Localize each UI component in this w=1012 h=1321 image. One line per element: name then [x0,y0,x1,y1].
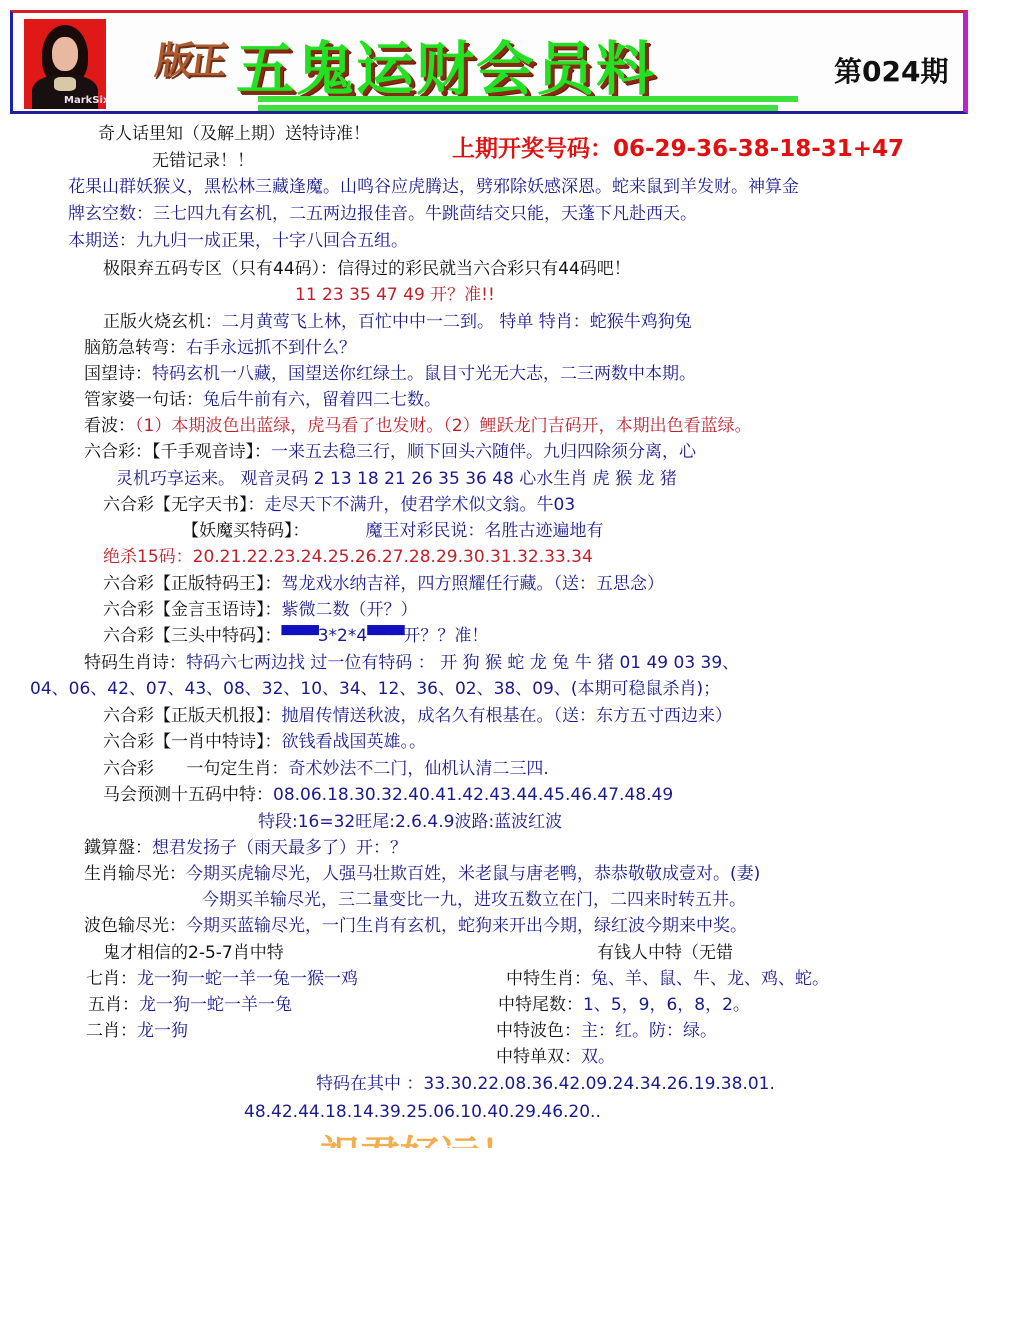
value: 兔、羊、鼠、牛、龙、鸡、蛇。 [591,969,829,989]
photo-collar [54,77,76,91]
value: 魔王对彩民说：名胜古迹遍地有 [366,521,604,541]
section-zodiac-poem: 特码生肖诗：特码六七两边找 过一位有特码 ： 开 狗 猴 蛇 龙 兔 牛 猪 0… [84,652,739,674]
title-underline [258,96,798,102]
section-zodiac-lose: 生肖输尽光：今期买虎输尽光，人强马壮欺百姓，米老鼠与唐老鸭，恭恭敬敬成壹对。(妻… [84,863,760,885]
label: 国望诗： [84,364,152,384]
value: 右手永远抓不到什么？ [186,338,356,358]
page-title: 五鬼运财会员料 [236,22,656,106]
label: 六合彩【正版特码王】： [103,574,282,594]
label: 看波： [84,416,135,436]
value: 特码玄机一八藏，国望送你红绿土。鼠目寸光无大志，二三两数中本期。 [152,364,696,384]
special-line-2: 48.42.44.18.14.39.25.06.10.40.29.46.20.. [244,1101,601,1123]
section-wave-lose: 波色输尽光：今期买蓝输尽光，一门生肖有玄机，蛇狗来开出今期，绿红波今期来中奖。 [84,915,747,937]
last-draw-label: 上期开奖号码： [452,136,613,162]
label: 二肖： [86,1021,137,1041]
value: 今期买虎输尽光，人强马壮欺百姓，米老鼠与唐老鸭，恭恭敬敬成壹对。(妻) [186,864,760,884]
left-box-row-five: 五肖：龙一狗一蛇一羊一兔 [88,994,292,1016]
photo-logo: MarkSix [64,95,106,106]
last-draw: 上期开奖号码：06-29-36-38-18-31+47 [452,130,904,163]
value: 特码六七两边找 过一位有特码 ： 开 狗 猴 蛇 龙 兔 牛 猪 01 49 0… [186,653,739,673]
label: 鐵算盤： [84,838,152,858]
section-guowang-poem: 国望诗：特码玄机一八藏，国望送你红绿土。鼠目寸光无大志，二三两数中本期。 [84,363,696,385]
label: 中特尾数： [498,995,583,1015]
section-housekeeper: 管家婆一句话：兔后牛前有六，留着四二七数。 [84,389,441,411]
value: 主：红。防：绿。 [581,1021,717,1041]
value: 紫微二数（开？） [282,600,418,620]
value: 龙一狗 [137,1021,188,1041]
value: 二月黄莺飞上林，百忙中中一二到。 特单 特肖：蛇猴牛鸡狗兔 [222,312,692,332]
label: 正版火烧玄机： [103,312,222,332]
label: 【妖魔买特码】： [182,521,310,541]
value: 想君发扬子（雨天最多了）开：？ [152,838,407,858]
section-one-zodiac-poem: 六合彩【一肖中特诗】：欲钱看战国英雄。。 [103,731,426,753]
section-exclude-five-numbers: 11 23 35 47 49 开？准!! [295,284,495,306]
section-wordless-book: 六合彩【无字天书】：走尽天下不满升，使君学术似文翁。牛03 [103,494,575,516]
bars-icon: ▀▀▀ [282,626,318,646]
right-box-row-tail: 中特尾数：1、5，9，6，8，2。 [498,994,750,1016]
value: 驾龙戏水纳吉祥，四方照耀任行藏。（送：五思念） [282,574,665,594]
section-fire-mystery: 正版火烧玄机：二月黄莺飞上林，百忙中中一二到。 特单 特肖：蛇猴牛鸡狗兔 [103,311,692,333]
section-guanyin-poem: 六合彩：【千手观音诗】：一来五去稳三行，顺下回头六随伴。九归四除须分离，心 [84,441,696,463]
section-jockey-detail: 特段:16=32旺尾:2.6.4.9波路:蓝波红波 [258,811,562,833]
label: 七肖： [86,969,137,989]
section-riddle: 脑筋急转弯：右手永远抓不到什么？ [84,337,356,359]
bars-icon: ▀▀▀ [367,626,403,646]
poem-line-2: 牌玄空数：三七四九有玄机，二五两边报佳音。牛跳茴结交只能，天蓬下凡赴西天。 [68,203,697,225]
intro-line-1: 奇人话里知（及解上期）送特诗准！ [98,123,370,145]
label: 六合彩【金言玉语诗】： [103,600,282,620]
label: 中特波色： [496,1021,581,1041]
right-box-title: 有钱人中特（无错 [597,942,733,964]
poem-line-3: 本期送：九九归一成正果，十字八回合五组。 [68,230,408,252]
label: 六合彩：【千手观音诗】： [84,442,271,462]
right-box-row-odd-even: 中特单双：双。 [496,1046,615,1068]
intro-line-2: 无错记录！！ [152,150,254,172]
value: 龙一狗一蛇一羊一兔一猴一鸡 [137,969,358,989]
label: 特码在其中 ： [316,1074,423,1094]
portrait-photo: MarkSix [24,19,106,109]
right-box-row-zodiac: 中特生肖：兔、羊、鼠、牛、龙、鸡、蛇。 [506,968,829,990]
section-golden-words: 六合彩【金言玉语诗】：紫微二数（开？） [103,599,418,621]
label: 管家婆一句话： [84,390,203,410]
label: 六合彩【正版天机报】： [103,706,282,726]
value: 一来五去稳三行，顺下回头六随伴。九归四除须分离，心 [271,442,696,462]
value: 今期买蓝输尽光，一门生肖有玄机，蛇狗来开出今期，绿红波今期来中奖。 [186,916,747,936]
last-draw-numbers: 06-29-36-38-18-31+47 [613,136,904,162]
left-box-title: 鬼才相信的2-5-7肖中特 [103,942,284,964]
label: 生肖输尽光： [84,864,186,884]
value: （1）本期波色出蓝绿，虎马看了也发财。（2）鲤跃龙门吉码开，本期出色看蓝绿。 [135,416,752,436]
value: 抛眉传情送秋波，成名久有根基在。（送：东方五寸西边来） [282,706,733,726]
label: 中特单双： [496,1047,581,1067]
issue-number: 第024期 [834,50,948,90]
good-luck-banner: 祝君好运！ [320,1126,520,1148]
value: 1、5，9，6，8，2。 [583,995,750,1015]
label: 六合彩【一肖中特诗】： [103,732,282,752]
tail: 开？？准！ [403,626,488,646]
value: 08.06.18.30.32.40.41.42.43.44.45.46.47.4… [273,785,673,805]
right-box-row-wave: 中特波色：主：红。防：绿。 [496,1020,717,1042]
section-exclude-five: 极限弃五码专区（只有44码）：信得过的彩民就当六合彩只有44码吧！ [103,258,631,280]
value: 龙一狗一蛇一羊一兔 [139,995,292,1015]
label: 六合彩【无字天书】： [103,495,265,515]
section-wave: 看波：（1）本期波色出蓝绿，虎马看了也发财。（2）鲤跃龙门吉码开，本期出色看蓝绿… [84,415,752,437]
label: 五肖： [88,995,139,1015]
section-code-king: 六合彩【正版特码王】：驾龙戏水纳吉祥，四方照耀任行藏。（送：五思念） [103,573,664,595]
label: 六合彩【三头中特码】： [103,626,282,646]
section-one-sentence: 六合彩 一句定生肖：奇术妙法不二门，仙机认清二三四. [103,758,549,780]
section-jockey-15: 马会预测十五码中特：08.06.18.30.32.40.41.42.43.44.… [103,784,673,806]
label: 脑筋急转弯： [84,338,186,358]
section-iron-abacus: 鐵算盤：想君发扬子（雨天最多了）开：？ [84,837,407,859]
title-underline-2 [258,105,778,111]
label: 中特生肖： [506,969,591,989]
label: 波色输尽光： [84,916,186,936]
value: 走尽天下不满升，使君学术似文翁。牛03 [265,495,576,515]
special-line-1: 特码在其中 ：33.30.22.08.36.42.09.24.34.26.19.… [316,1073,775,1095]
section-guanyin-numbers: 灵机巧享运来。 观音灵码 2 13 18 21 26 35 36 48 心水生肖… [116,468,677,490]
value: 欲钱看战国英雄。。 [282,732,427,752]
label: 特码生肖诗： [84,653,186,673]
label: 六合彩 一句定生肖： [103,759,288,779]
value: 兔后牛前有六，留着四二七数。 [203,390,441,410]
section-three-heads: 六合彩【三头中特码】：▀▀▀3*2*4▀▀▀开？？准！ [103,625,488,647]
value: 33.30.22.08.36.42.09.24.34.26.19.38.01. [423,1074,774,1094]
section-heaven-report: 六合彩【正版天机报】：抛眉传情送秋波，成名久有根基在。（送：东方五寸西边来） [103,705,732,727]
value: 3*2*4 [318,626,367,646]
value: 奇术妙法不二门，仙机认清二三四. [288,759,548,779]
official-stamp: 正版 [163,40,225,110]
section-zodiac-lose-2: 今期买羊输尽光，三二量变比一九，进攻五数立在门，二四来时转五井。 [202,889,746,911]
left-box-row-seven: 七肖：龙一狗一蛇一羊一兔一猴一鸡 [86,968,358,990]
poem-line-1: 花果山群妖猴义，黑松林三藏逢魔。山鸣谷应虎腾达，劈邪除妖感深恩。蛇来鼠到羊发财。… [68,176,799,198]
section-demon-code: 【妖魔买特码】：魔王对彩民说：名胜古迹遍地有 [182,520,604,542]
section-kill-15: 绝杀15码：20.21.22.23.24.25.26.27.28.29.30.3… [103,546,593,568]
label: 马会预测十五码中特： [103,785,273,805]
section-zodiac-numbers: 04、06、42、07、43、08、32、10、34、12、36、02、38、0… [30,678,720,700]
photo-face [52,37,78,71]
value: 双。 [581,1047,615,1067]
left-box-row-two: 二肖：龙一狗 [86,1020,188,1042]
value: 20.21.22.23.24.25.26.27.28.29.30.31.32.3… [193,547,593,567]
label: 绝杀15码： [103,547,193,567]
